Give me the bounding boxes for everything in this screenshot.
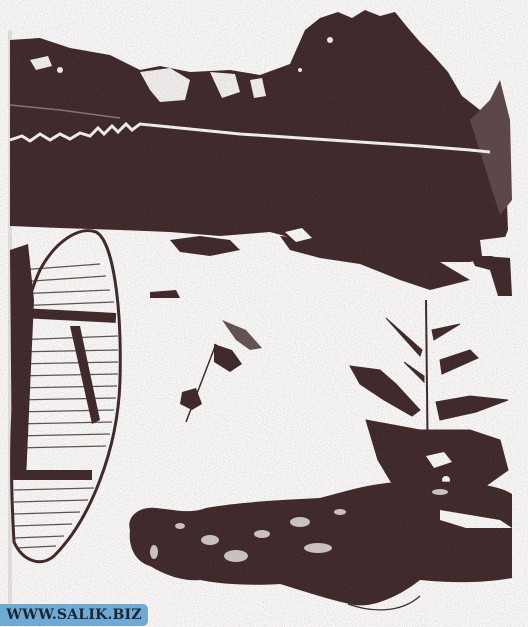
watermark-text: WWW.SALIK.BIZ: [6, 607, 141, 623]
archival-photograph: [0, 0, 528, 627]
watermark-badge: WWW.SALIK.BIZ: [0, 604, 148, 626]
